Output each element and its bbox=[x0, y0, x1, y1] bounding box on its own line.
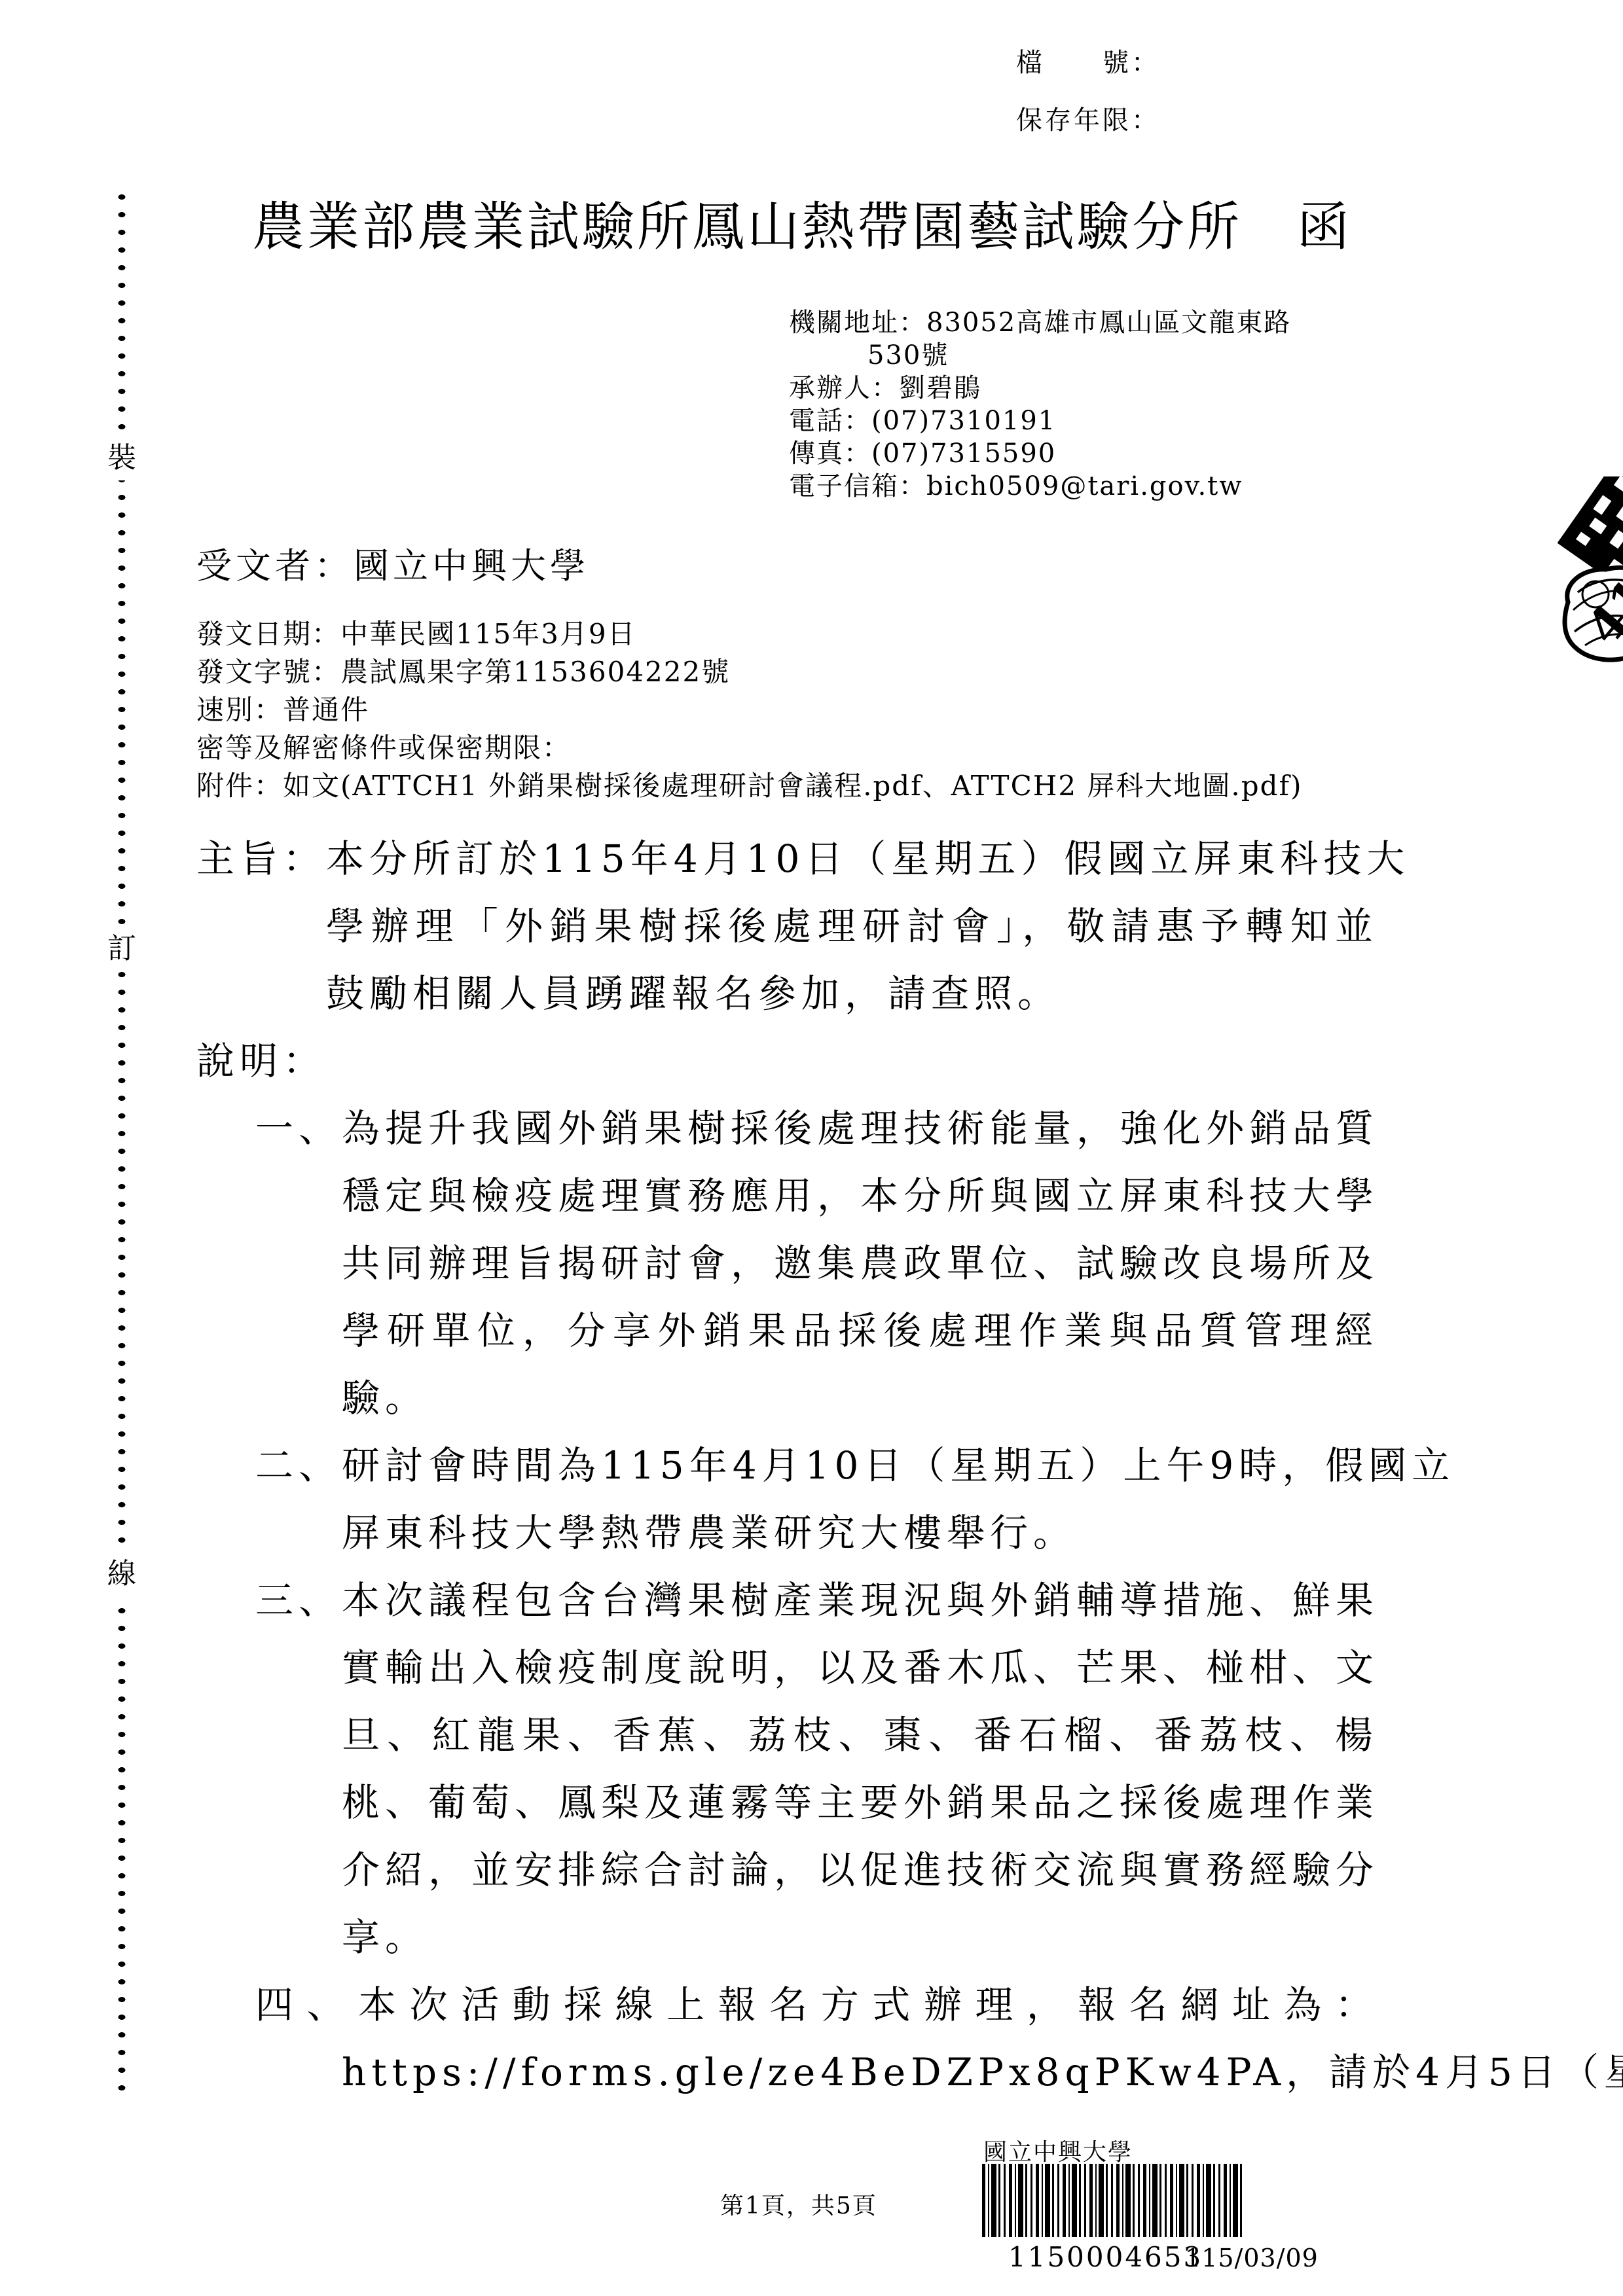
attachments: 附件：如文(ATTCH1 外銷果樹採後處理研討會議程.pdf、ATTCH2 屏科… bbox=[196, 767, 1302, 805]
priority: 速別：普通件 bbox=[196, 691, 1302, 729]
item2-line-1: 二、研討會時間為115年4月10日（星期五）上午9時，假國立 bbox=[196, 1432, 1378, 1499]
dispatch-meta-block: 發文日期：中華民國115年3月9日 發文字號：農試鳳果字第1153604222號… bbox=[196, 615, 1302, 805]
dispatch-number: 發文字號：農試鳳果字第1153604222號 bbox=[196, 653, 1302, 691]
page-indicator: 第1頁，共5頁 bbox=[720, 2187, 877, 2221]
security-classification: 密等及解密條件或保密期限： bbox=[196, 729, 1302, 767]
barcode-date: 115/03/09 bbox=[1185, 2244, 1319, 2272]
binding-char-zhuang: 裝 bbox=[106, 436, 137, 480]
recipient-line: 受文者：國立中興大學 bbox=[196, 538, 589, 588]
item1-line-4: 學研單位，分享外銷果品採後處理作業與品質管理經 bbox=[196, 1297, 1378, 1365]
document-page: 檔 號： 保存年限： 農業部農業試驗所鳳山熱帶園藝試驗分所 函 機關地址：830… bbox=[0, 0, 1623, 2296]
item3-line-2: 實輸出入檢疫制度說明，以及番木瓜、芒果、椪柑、文 bbox=[196, 1634, 1378, 1702]
sender-contact-person: 承辦人：劉碧鵑 bbox=[789, 372, 1291, 404]
barcode bbox=[982, 2164, 1244, 2237]
barcode-number: 1150004653 bbox=[1008, 2241, 1203, 2273]
item1-line-1: 一、為提升我國外銷果樹採後處理技術能量，強化外銷品質 bbox=[196, 1095, 1378, 1162]
binding-char-ding: 訂 bbox=[106, 927, 137, 971]
body-text: 主旨：本分所訂於115年4月10日（星期五）假國立屏東科技大 學辦理「外銷果樹採… bbox=[196, 825, 1378, 2106]
sender-info-block: 機關地址：83052高雄市鳳山區文龍東路 530號 承辦人：劉碧鵑 電話：(07… bbox=[789, 306, 1291, 503]
item4-line-1: 四、本次活動採線上報名方式辦理，報名網址為： bbox=[196, 1971, 1378, 2039]
dispatch-date: 發文日期：中華民國115年3月9日 bbox=[196, 615, 1302, 653]
item3-line-3: 旦、紅龍果、香蕉、荔枝、棗、番石榴、番荔枝、楊 bbox=[196, 1702, 1378, 1769]
document-title: 農業部農業試驗所鳳山熱帶園藝試驗分所 函 bbox=[252, 185, 1352, 260]
sender-email: 電子信箱：bich0509@tari.gov.tw bbox=[789, 470, 1291, 503]
file-number-label: 檔 號： bbox=[1016, 42, 1160, 79]
retention-period-label: 保存年限： bbox=[1016, 99, 1160, 137]
subject-line-1: 主旨：本分所訂於115年4月10日（星期五）假國立屏東科技大 bbox=[196, 825, 1378, 893]
sender-phone: 電話：(07)7310191 bbox=[789, 404, 1291, 437]
sender-address-line: 機關地址：83052高雄市鳳山區文龍東路 bbox=[789, 306, 1291, 339]
item1-line-3: 共同辦理旨揭研討會，邀集農政單位、試驗改良場所及 bbox=[196, 1230, 1378, 1297]
item3-line-4: 桃、葡萄、鳳梨及蓮霧等主要外銷果品之採後處理作業 bbox=[196, 1769, 1378, 1837]
item3-line-6: 享。 bbox=[196, 1904, 1378, 1971]
item1-line-5: 驗。 bbox=[196, 1365, 1378, 1432]
postal-stamp-cluster: 418 bbox=[1539, 476, 1623, 673]
sender-address-line2: 530號 bbox=[867, 339, 1291, 372]
item1-line-2: 穩定與檢疫處理實務應用，本分所與國立屏東科技大學 bbox=[196, 1162, 1378, 1230]
barcode-label: 國立中興大學 bbox=[983, 2134, 1133, 2167]
explanation-label: 說明： bbox=[196, 1028, 1378, 1095]
binding-char-xian: 線 bbox=[106, 1552, 137, 1596]
item4-line-2-registration-url: https://forms.gle/ze4BeDZPx8qPKw4PA，請於4月… bbox=[196, 2039, 1378, 2106]
subject-line-3: 鼓勵相關人員踴躍報名參加，請查照。 bbox=[196, 960, 1378, 1028]
subject-line-2: 學辦理「外銷果樹採後處理研討會」，敬請惠予轉知並 bbox=[196, 893, 1378, 960]
item3-line-5: 介紹，並安排綜合討論，以促進技術交流與實務經驗分 bbox=[196, 1837, 1378, 1904]
sender-fax: 傳真：(07)7315590 bbox=[789, 437, 1291, 470]
item3-line-1: 三、本次議程包含台灣果樹產業現況與外銷輔導措施、鮮果 bbox=[196, 1567, 1378, 1634]
item2-line-2: 屏東科技大學熱帶農業研究大樓舉行。 bbox=[196, 1499, 1378, 1567]
